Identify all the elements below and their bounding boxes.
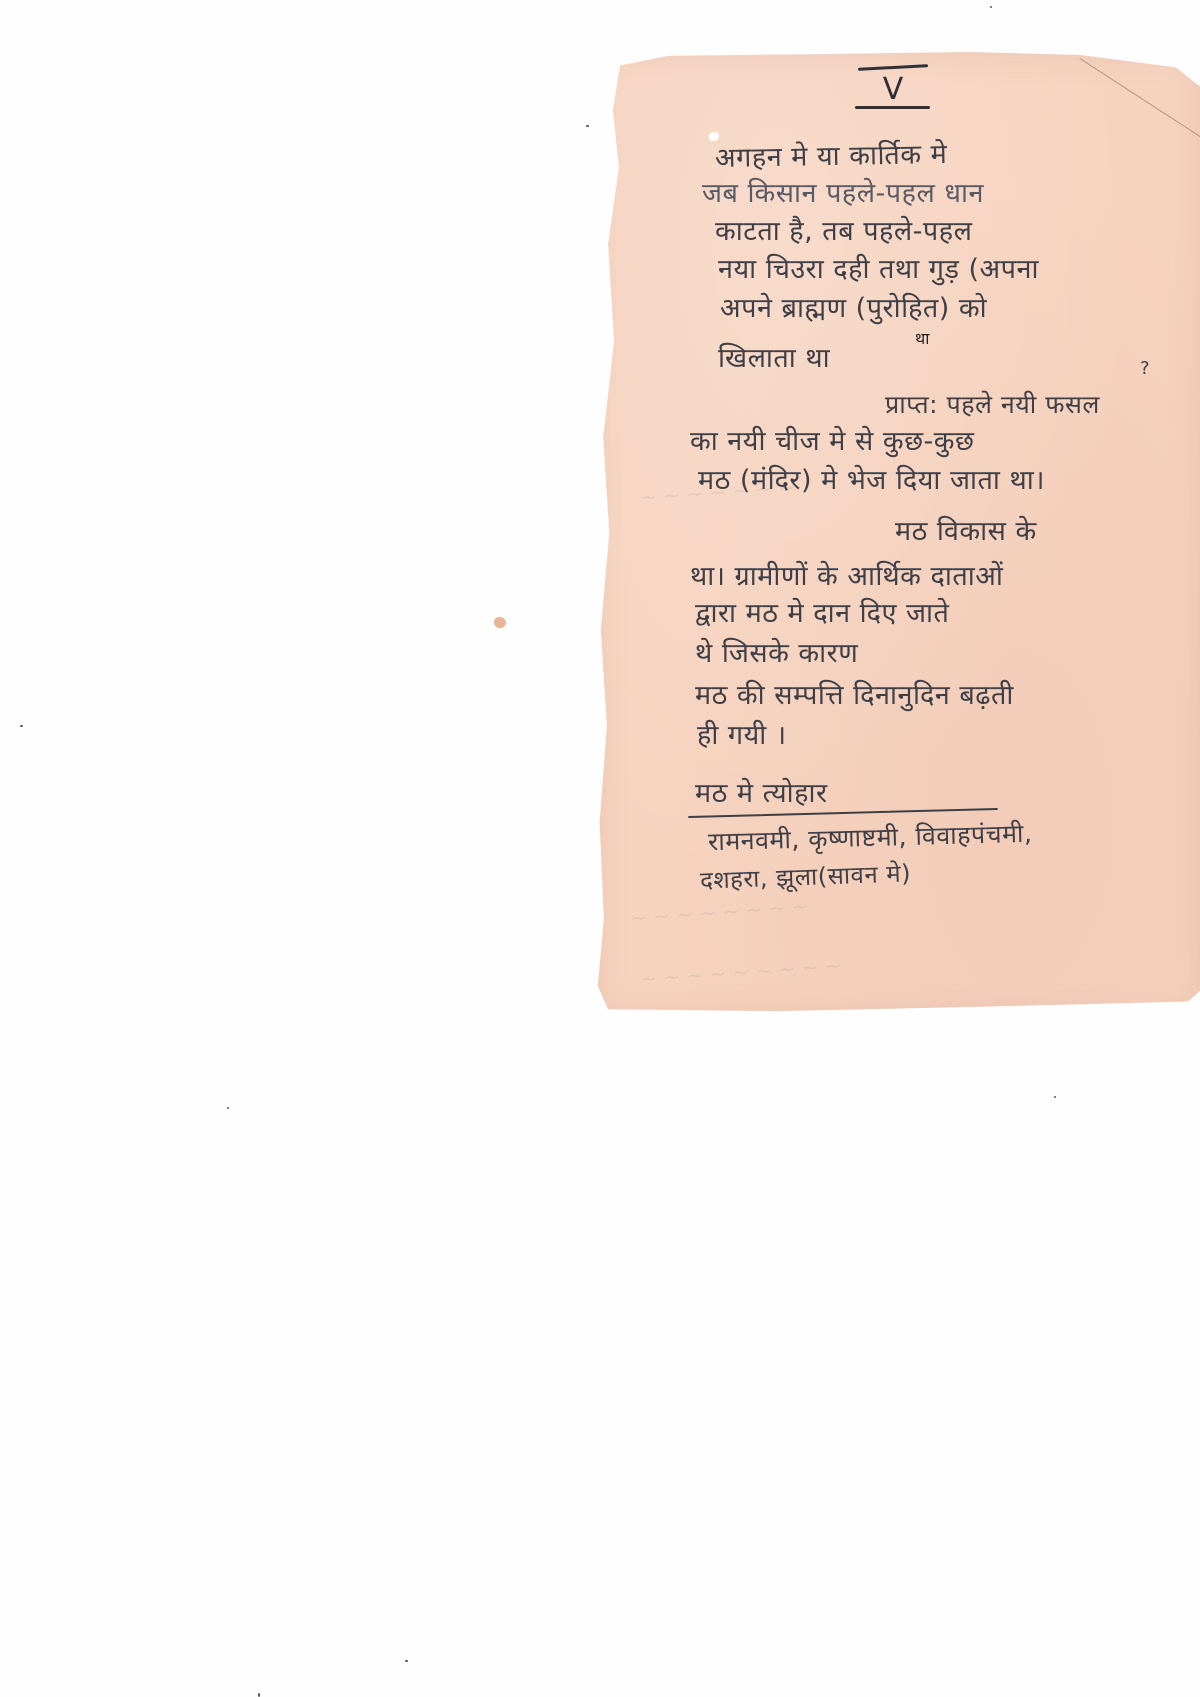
scan-speck bbox=[1054, 1096, 1056, 1098]
scan-speck bbox=[586, 125, 589, 127]
manuscript-line-7-insert: प्राप्त: पहले नयी फसल bbox=[885, 392, 1100, 417]
scan-speck bbox=[990, 6, 992, 8]
paper-hole bbox=[709, 132, 719, 141]
scan-speck bbox=[20, 725, 23, 727]
section-number: V bbox=[863, 72, 923, 107]
manuscript-line-15: ही गयी । bbox=[697, 722, 787, 749]
manuscript-line-18: दशहरा, झूला(सावन मे) bbox=[700, 861, 912, 892]
scan-speck bbox=[405, 1660, 408, 1662]
festivals-heading: मठ मे त्योहार bbox=[695, 780, 828, 807]
manuscript-line-6: खिलाता था bbox=[718, 345, 830, 372]
manuscript-line-13: थे जिसके कारण bbox=[695, 640, 858, 667]
margin-question-mark: ? bbox=[1140, 360, 1150, 378]
inserted-word: था bbox=[915, 327, 929, 349]
manuscript-line-3: काटता है, तब पहले-पहल bbox=[715, 218, 972, 245]
manuscript-line-5: अपने ब्राह्मण (पुरोहित) को bbox=[720, 295, 987, 322]
manuscript-line-11: था। ग्रामीणों के आर्थिक दाताओं bbox=[690, 563, 1003, 590]
scan-speck bbox=[258, 1693, 260, 1697]
scanned-page: ~ ~ ~ ~ ~ ~ ~ ~ ~ ~ ~ ~ ~ ~ ~ ~ ~ ~ ~ ~ … bbox=[0, 0, 1200, 1697]
manuscript-line-12: द्वारा मठ मे दान दिए जाते bbox=[695, 600, 949, 627]
manuscript-line-9: मठ (मंदिर) मे भेज दिया जाता था। bbox=[698, 467, 1045, 494]
manuscript-line-1: अगहन मे या कार्तिक मे bbox=[715, 141, 948, 172]
manuscript-line-10-insert: मठ विकास के bbox=[895, 518, 1037, 545]
manuscript-line-2: जब किसान पहले-पहल धान bbox=[702, 180, 984, 207]
manuscript-line-4: नया चिउरा दही तथा गुड़ (अपना bbox=[718, 256, 1039, 283]
paper-fragment bbox=[494, 617, 506, 628]
heading-underline bbox=[855, 106, 930, 109]
manuscript-line-8: का नयी चीज मे से कुछ-कुछ bbox=[690, 428, 974, 455]
manuscript-line-14: मठ की सम्पत्ति दिनानुदिन बढ़ती bbox=[695, 682, 1014, 709]
scan-speck bbox=[227, 1107, 229, 1109]
